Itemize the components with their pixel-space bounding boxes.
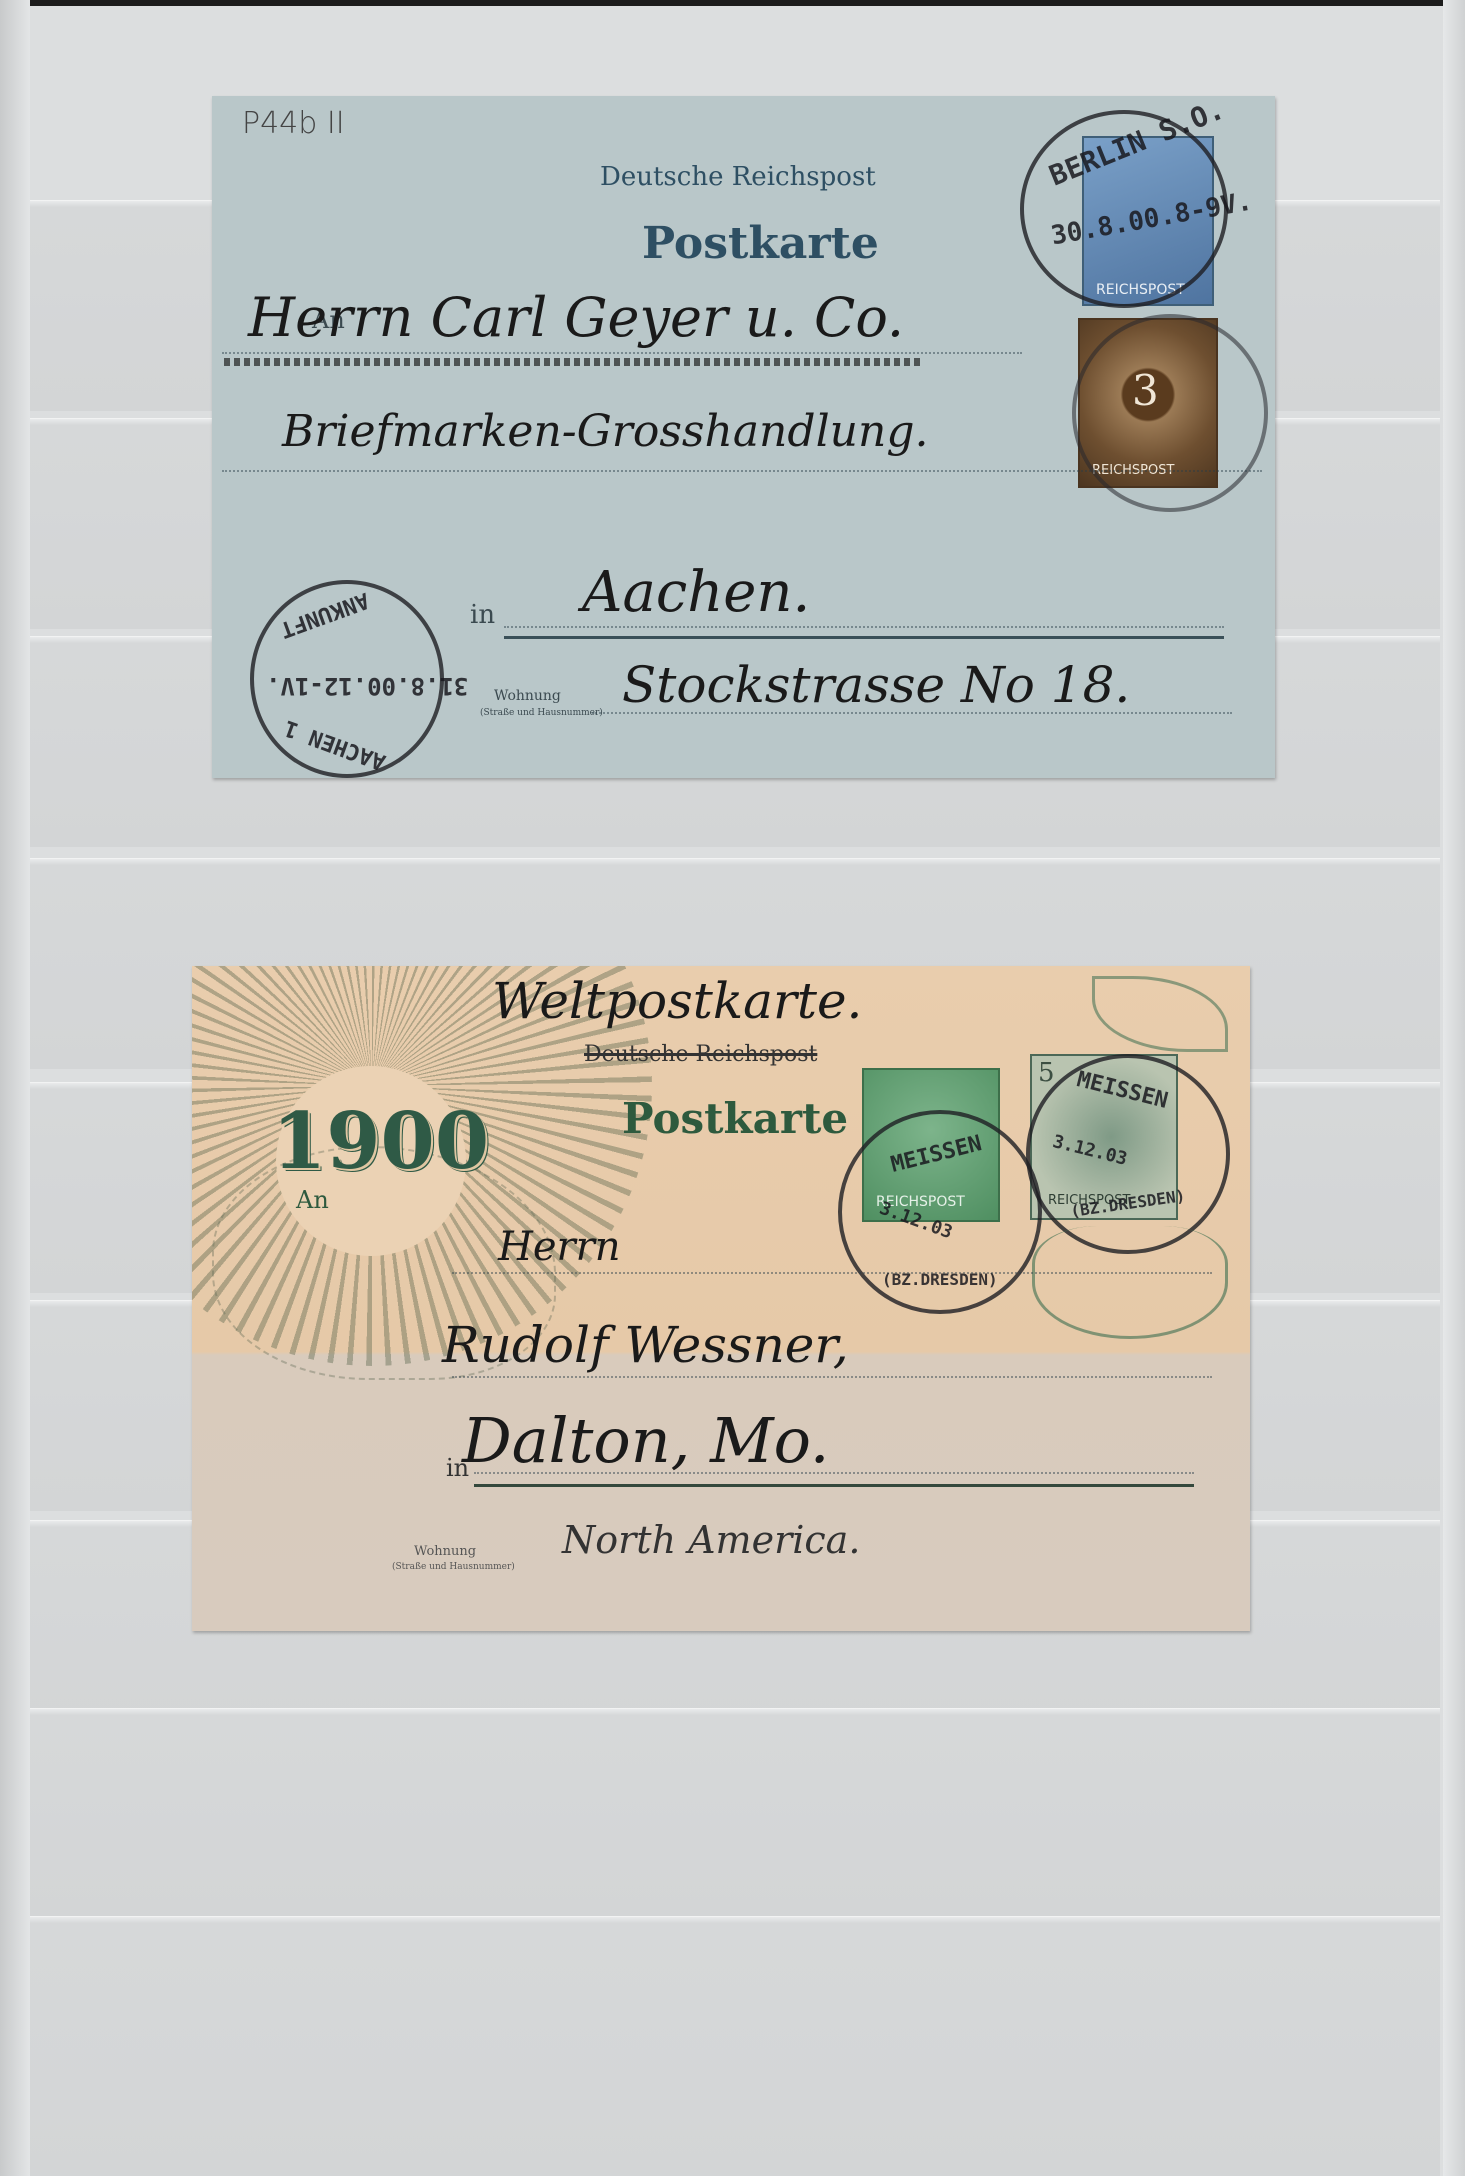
- addressee-line2: Rudolf Wessner,: [442, 1316, 849, 1374]
- city-underline: [504, 636, 1224, 639]
- address-rule: [504, 626, 1224, 628]
- catalog-note: P44b II: [242, 106, 345, 141]
- card-header: Deutsche Reichspost: [600, 162, 876, 192]
- stock-strip: [30, 1708, 1440, 1919]
- wavy-underline: [224, 358, 924, 366]
- address-rule: [452, 1272, 1212, 1274]
- addressee-line1: Herrn: [498, 1224, 621, 1270]
- year-art: 1900: [272, 1096, 489, 1187]
- leaf-decoration: [1092, 976, 1228, 1052]
- residence-label: Wohnung: [414, 1544, 476, 1559]
- addressee-line1: Herrn Carl Geyer u. Co.: [248, 286, 904, 349]
- struck-header: Deutsche Reichspost: [584, 1042, 817, 1067]
- in-label: in: [470, 600, 495, 630]
- city: Dalton, Mo.: [462, 1404, 830, 1477]
- page-edge: [1443, 0, 1465, 2176]
- postcard-2[interactable]: 1900 An Weltpostkarte. Deutsche Reichspo…: [192, 966, 1250, 1631]
- address-rule: [222, 352, 1022, 354]
- card-title: Postkarte: [622, 1094, 848, 1143]
- country: North America.: [562, 1518, 860, 1562]
- address-rule: [474, 1472, 1194, 1474]
- stock-strip: [30, 1916, 1440, 2176]
- residence-sublabel: (Straße und Hausnummer): [480, 708, 603, 718]
- street: Stockstrasse No 18.: [622, 656, 1130, 714]
- city-underline: [474, 1484, 1194, 1487]
- to-label: An: [296, 1186, 329, 1214]
- addressee-line2: Briefmarken-Grosshandlung.: [282, 406, 928, 457]
- postcard-1[interactable]: P44b II Deutsche Reichspost Postkarte RE…: [212, 96, 1275, 778]
- card-title: Postkarte: [642, 218, 879, 269]
- residence-sublabel: (Straße und Hausnummer): [392, 1562, 515, 1572]
- handwritten-title: Weltpostkarte.: [492, 972, 862, 1030]
- postmark-origin-2: [1072, 314, 1268, 512]
- city: Aachen.: [582, 560, 810, 625]
- address-rule: [222, 470, 1262, 472]
- stamp-value: 5: [1038, 1058, 1055, 1088]
- postmark-date: 31.8.00.12-1V.: [266, 672, 468, 700]
- residence-label: Wohnung: [494, 688, 561, 704]
- album-spine: [0, 0, 30, 2176]
- ribbon-decoration: [1032, 1226, 1228, 1339]
- address-rule: [592, 712, 1232, 714]
- address-rule: [452, 1376, 1212, 1378]
